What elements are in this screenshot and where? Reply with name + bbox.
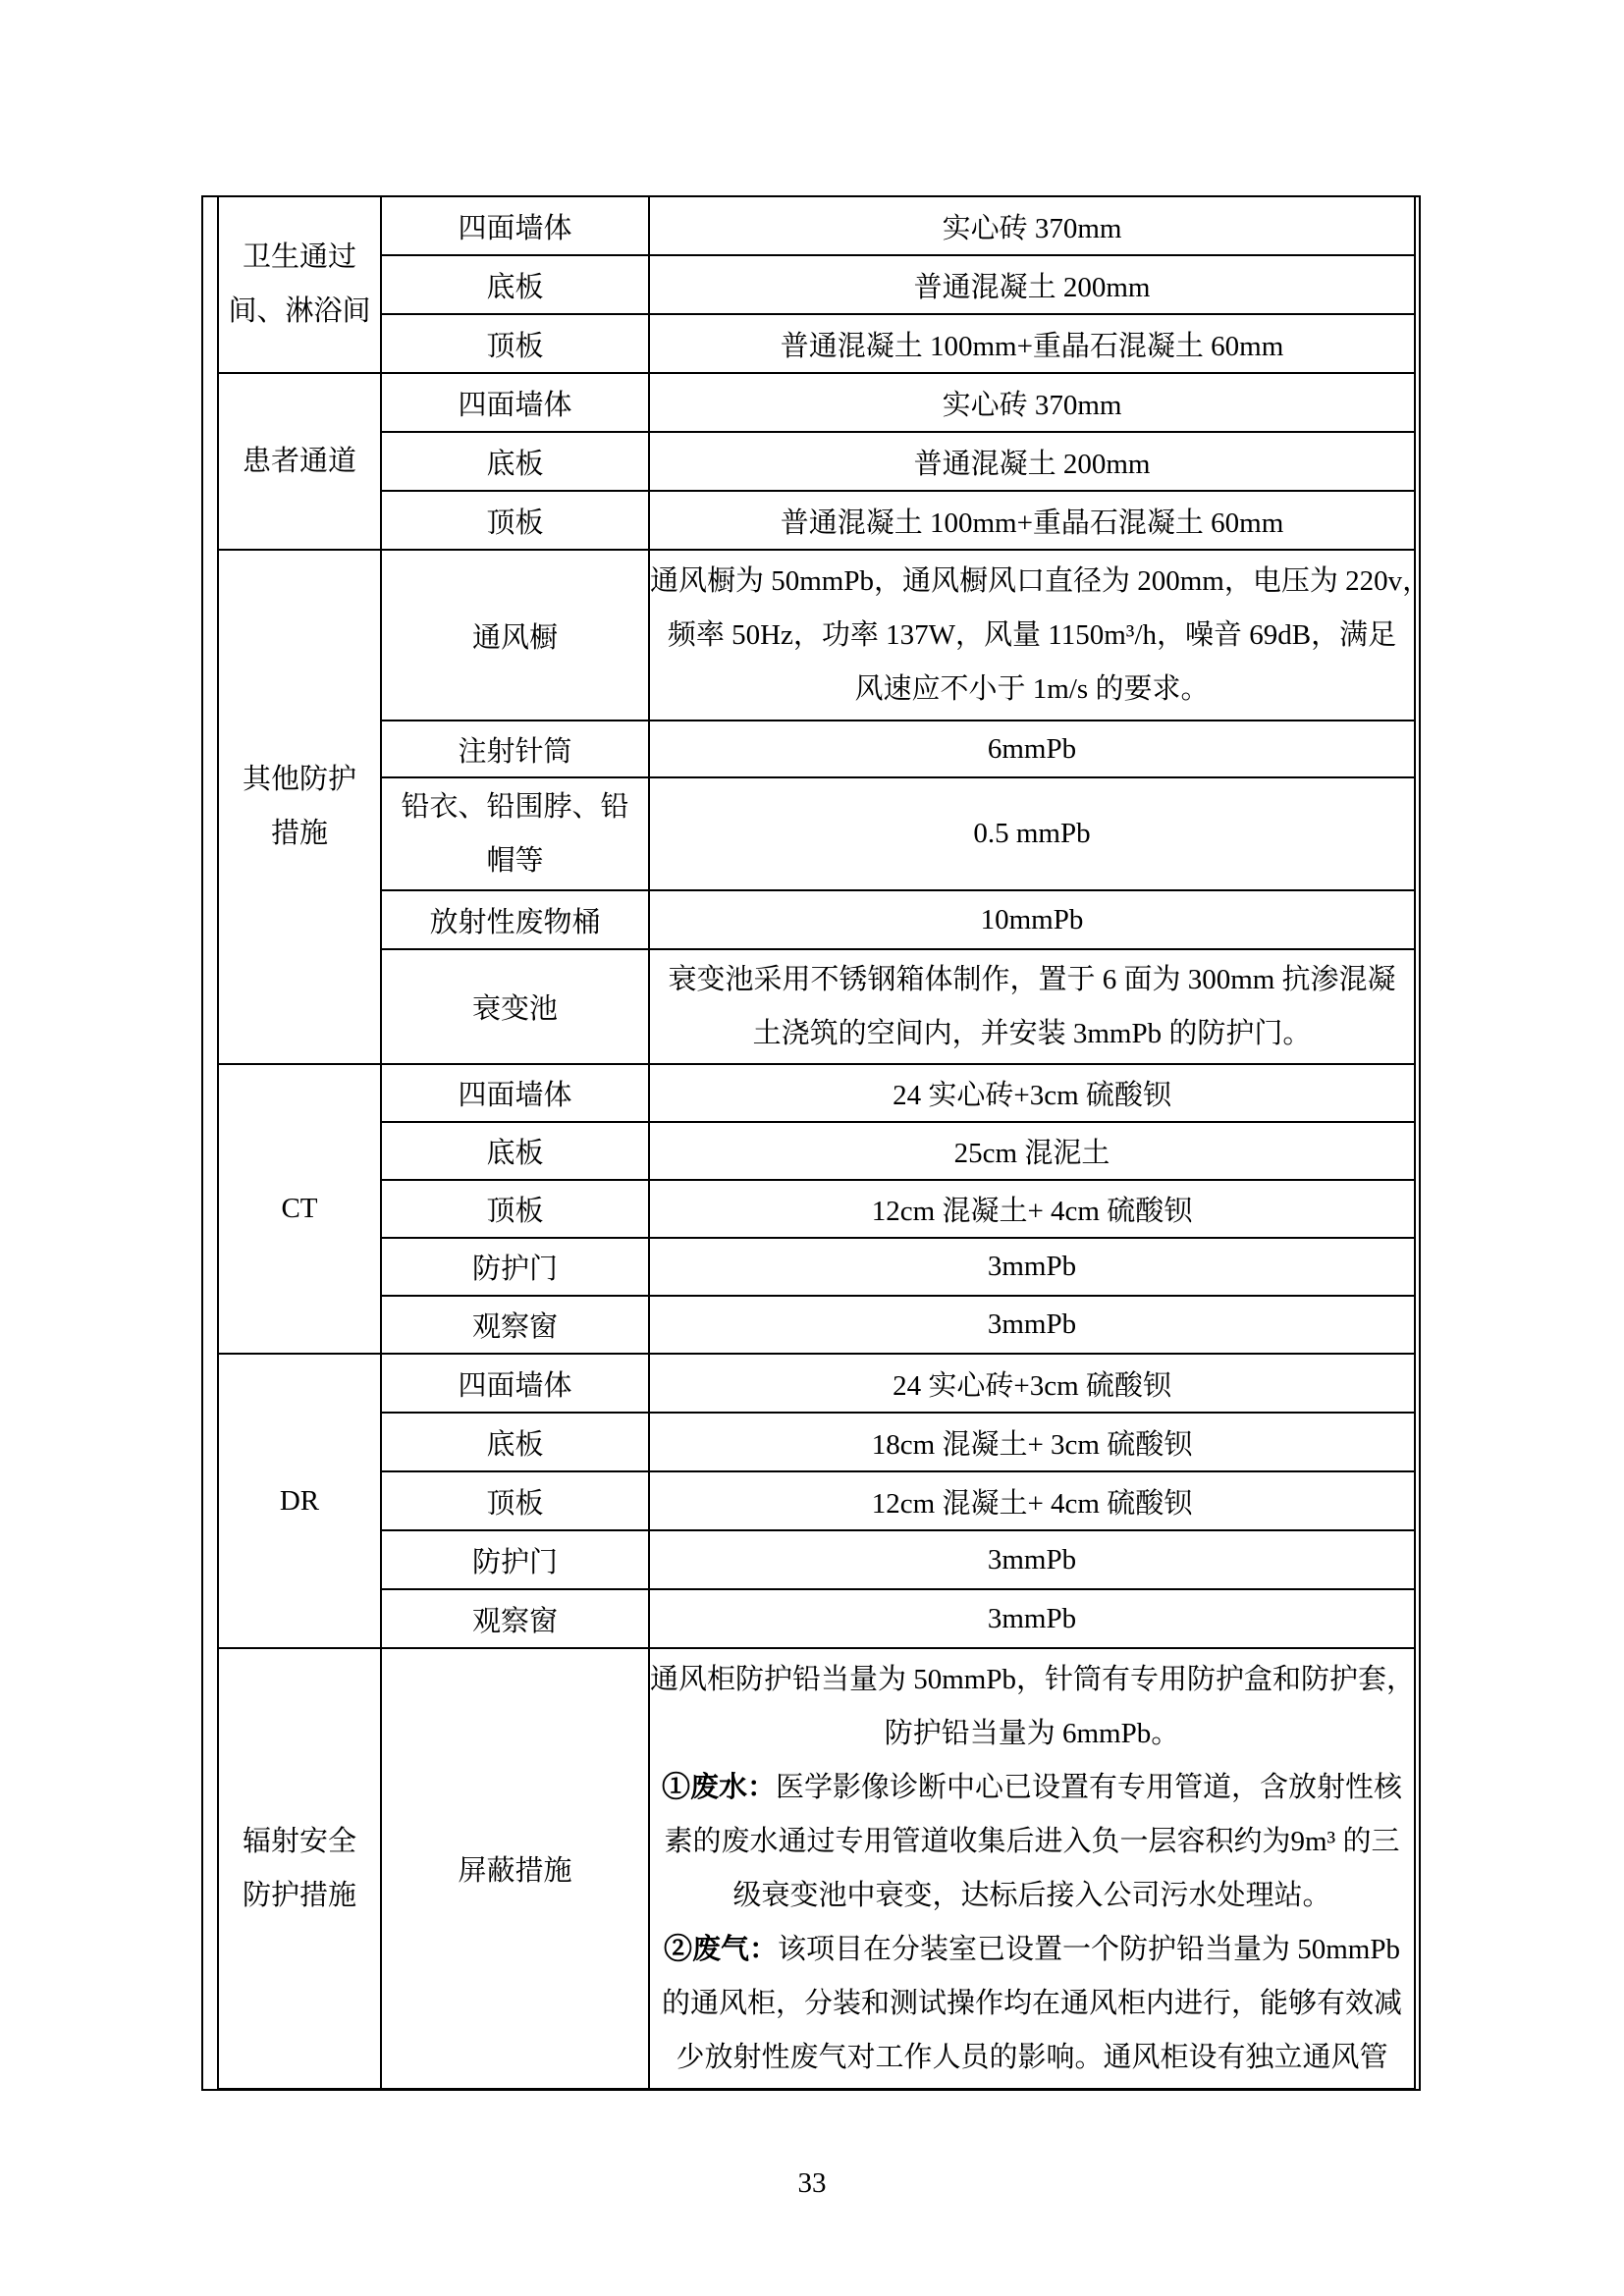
value-line: ②废气：该项目在分装室已设置一个防护铅当量为 50mmPb (650, 1923, 1414, 1977)
item-cell: 防护门 (381, 1238, 649, 1296)
value-line-bold-prefix: ①废水： (662, 1772, 776, 1803)
value-cell: 0.5 mmPb (649, 777, 1415, 890)
table-row: 患者通道 四面墙体 实心砖 370mm (218, 373, 1415, 432)
value-line-text: 素的废水通过专用管道收集后进入负一层容积约为9m³ 的三 (664, 1826, 1399, 1857)
item-cell: 顶板 (381, 1471, 649, 1530)
item-cell: 通风橱 (381, 550, 649, 721)
value-line-bold-prefix: ②废气： (664, 1934, 778, 1965)
value-line: 级衰变池中衰变，达标后接入公司污水处理站。 (650, 1869, 1414, 1923)
group-label-line: 患者通道 (219, 435, 380, 489)
group-cell-ct: CT (218, 1064, 381, 1354)
table-row: 顶板 普通混凝土 100mm+重晶石混凝土 60mm (218, 314, 1415, 373)
page-number: 33 (0, 2167, 1624, 2200)
group-label-line: 辐射安全 (219, 1815, 380, 1869)
item-cell: 四面墙体 (381, 196, 649, 255)
group-label-line: 其他防护 (219, 753, 380, 807)
value-line-text: 该项目在分装室已设置一个防护铅当量为 50mmPb (778, 1934, 1400, 1965)
table-row: 放射性废物桶 10mmPb (218, 890, 1415, 949)
table-row: 防护门 3mmPb (218, 1530, 1415, 1589)
item-cell: 铅衣、铅围脖、铅 帽等 (381, 777, 649, 890)
table-row: DR 四面墙体 24 实心砖+3cm 硫酸钡 (218, 1354, 1415, 1413)
table-row: 注射针筒 6mmPb (218, 721, 1415, 777)
value-cell: 实心砖 370mm (649, 196, 1415, 255)
value-line: 频率 50Hz，功率 137W，风量 1150m³/h，噪音 69dB，满足 (650, 609, 1414, 663)
value-line: 土浇筑的空间内，并安装 3mmPb 的防护门。 (650, 1007, 1414, 1061)
value-cell: 普通混凝土 200mm (649, 255, 1415, 314)
item-cell: 顶板 (381, 1180, 649, 1238)
table-row: 防护门 3mmPb (218, 1238, 1415, 1296)
item-cell: 衰变池 (381, 949, 649, 1064)
item-cell: 屏蔽措施 (381, 1648, 649, 2089)
table-row: 铅衣、铅围脖、铅 帽等 0.5 mmPb (218, 777, 1415, 890)
group-cell-other-protection: 其他防护 措施 (218, 550, 381, 1064)
table-row: 底板 普通混凝土 200mm (218, 255, 1415, 314)
value-line: 素的废水通过专用管道收集后进入负一层容积约为9m³ 的三 (650, 1815, 1414, 1869)
value-line: 防护铅当量为 6mmPb。 (650, 1707, 1414, 1761)
group-label-line: 防护措施 (219, 1869, 380, 1923)
item-cell: 底板 (381, 1413, 649, 1471)
item-cell: 顶板 (381, 491, 649, 550)
radiation-protection-table: 卫生通过 间、淋浴间 四面墙体 实心砖 370mm 底板 普通混凝土 200mm… (217, 195, 1416, 2090)
table-row: 顶板 普通混凝土 100mm+重晶石混凝土 60mm (218, 491, 1415, 550)
value-line-text: 防护铅当量为 6mmPb。 (885, 1718, 1180, 1749)
item-cell: 底板 (381, 432, 649, 491)
group-label-line: 卫生通过 (219, 231, 380, 285)
item-label-line: 铅衣、铅围脖、铅 (382, 780, 648, 834)
value-cell: 10mmPb (649, 890, 1415, 949)
table-row: 辐射安全 防护措施 屏蔽措施 通风柜防护铅当量为 50mmPb，针筒有专用防护盒… (218, 1648, 1415, 2089)
item-cell: 防护门 (381, 1530, 649, 1589)
value-line: 的通风柜，分装和测试操作均在通风柜内进行，能够有效减 (650, 1977, 1414, 2031)
value-line-text: 级衰变池中衰变，达标后接入公司污水处理站。 (732, 1880, 1330, 1911)
table-row: 卫生通过 间、淋浴间 四面墙体 实心砖 370mm (218, 196, 1415, 255)
value-line-text: 通风柜防护铅当量为 50mmPb，针筒有专用防护盒和防护套， (650, 1664, 1415, 1695)
item-cell: 四面墙体 (381, 1064, 649, 1122)
table-row: 底板 18cm 混凝土+ 3cm 硫酸钡 (218, 1413, 1415, 1471)
value-cell: 12cm 混凝土+ 4cm 硫酸钡 (649, 1471, 1415, 1530)
value-line-text: 少放射性废气对工作人员的影响。通风柜设有独立通风管 (676, 2042, 1387, 2073)
value-line: 少放射性废气对工作人员的影响。通风柜设有独立通风管 (650, 2031, 1414, 2085)
table-row: 衰变池 衰变池采用不锈钢箱体制作，置于 6 面为 300mm 抗渗混凝 土浇筑的… (218, 949, 1415, 1064)
group-label-line: 措施 (219, 807, 380, 861)
item-cell: 底板 (381, 255, 649, 314)
value-line-text: 医学影像诊断中心已设置有专用管道，含放射性核 (776, 1772, 1402, 1803)
value-cell: 通风柜防护铅当量为 50mmPb，针筒有专用防护盒和防护套， 防护铅当量为 6m… (649, 1648, 1415, 2089)
item-cell: 放射性废物桶 (381, 890, 649, 949)
item-cell: 四面墙体 (381, 373, 649, 432)
value-cell: 衰变池采用不锈钢箱体制作，置于 6 面为 300mm 抗渗混凝 土浇筑的空间内，… (649, 949, 1415, 1064)
value-cell: 24 实心砖+3cm 硫酸钡 (649, 1354, 1415, 1413)
value-cell: 通风橱为 50mmPb，通风橱风口直径为 200mm，电压为 220v， 频率 … (649, 550, 1415, 721)
value-line: 通风柜防护铅当量为 50mmPb，针筒有专用防护盒和防护套， (650, 1653, 1414, 1707)
table-row: 顶板 12cm 混凝土+ 4cm 硫酸钡 (218, 1471, 1415, 1530)
value-cell: 3mmPb (649, 1238, 1415, 1296)
value-line: ①废水：医学影像诊断中心已设置有专用管道，含放射性核 (650, 1761, 1414, 1815)
value-cell: 实心砖 370mm (649, 373, 1415, 432)
item-cell: 注射针筒 (381, 721, 649, 777)
table-row: 其他防护 措施 通风橱 通风橱为 50mmPb，通风橱风口直径为 200mm，电… (218, 550, 1415, 721)
group-cell-dr: DR (218, 1354, 381, 1648)
value-cell: 6mmPb (649, 721, 1415, 777)
value-cell: 3mmPb (649, 1530, 1415, 1589)
value-cell: 普通混凝土 100mm+重晶石混凝土 60mm (649, 491, 1415, 550)
table-row: CT 四面墙体 24 实心砖+3cm 硫酸钡 (218, 1064, 1415, 1122)
table-row: 观察窗 3mmPb (218, 1589, 1415, 1648)
group-cell-radiation-safety: 辐射安全 防护措施 (218, 1648, 381, 2089)
item-cell: 底板 (381, 1122, 649, 1180)
table-row: 底板 普通混凝土 200mm (218, 432, 1415, 491)
item-cell: 顶板 (381, 314, 649, 373)
value-line: 衰变池采用不锈钢箱体制作，置于 6 面为 300mm 抗渗混凝 (650, 953, 1414, 1007)
item-cell: 观察窗 (381, 1589, 649, 1648)
value-cell: 3mmPb (649, 1589, 1415, 1648)
document-page: 卫生通过 间、淋浴间 四面墙体 实心砖 370mm 底板 普通混凝土 200mm… (0, 0, 1624, 2296)
item-label-line: 帽等 (382, 834, 648, 888)
table-row: 观察窗 3mmPb (218, 1296, 1415, 1354)
value-line: 风速应不小于 1m/s 的要求。 (650, 663, 1414, 717)
value-cell: 18cm 混凝土+ 3cm 硫酸钡 (649, 1413, 1415, 1471)
table-row: 顶板 12cm 混凝土+ 4cm 硫酸钡 (218, 1180, 1415, 1238)
value-line-text: 的通风柜，分装和测试操作均在通风柜内进行，能够有效减 (662, 1988, 1402, 2019)
value-cell: 24 实心砖+3cm 硫酸钡 (649, 1064, 1415, 1122)
table-row: 底板 25cm 混泥土 (218, 1122, 1415, 1180)
group-cell-patient-corridor: 患者通道 (218, 373, 381, 550)
group-label-line: CT (219, 1182, 380, 1236)
value-cell: 普通混凝土 100mm+重晶石混凝土 60mm (649, 314, 1415, 373)
value-cell: 12cm 混凝土+ 4cm 硫酸钡 (649, 1180, 1415, 1238)
item-cell: 四面墙体 (381, 1354, 649, 1413)
value-line: 通风橱为 50mmPb，通风橱风口直径为 200mm，电压为 220v， (650, 555, 1414, 609)
group-cell-sanitary-passage: 卫生通过 间、淋浴间 (218, 196, 381, 373)
value-cell: 普通混凝土 200mm (649, 432, 1415, 491)
item-cell: 观察窗 (381, 1296, 649, 1354)
value-cell: 3mmPb (649, 1296, 1415, 1354)
value-cell: 25cm 混泥土 (649, 1122, 1415, 1180)
group-label-line: 间、淋浴间 (219, 285, 380, 339)
group-label-line: DR (219, 1474, 380, 1528)
